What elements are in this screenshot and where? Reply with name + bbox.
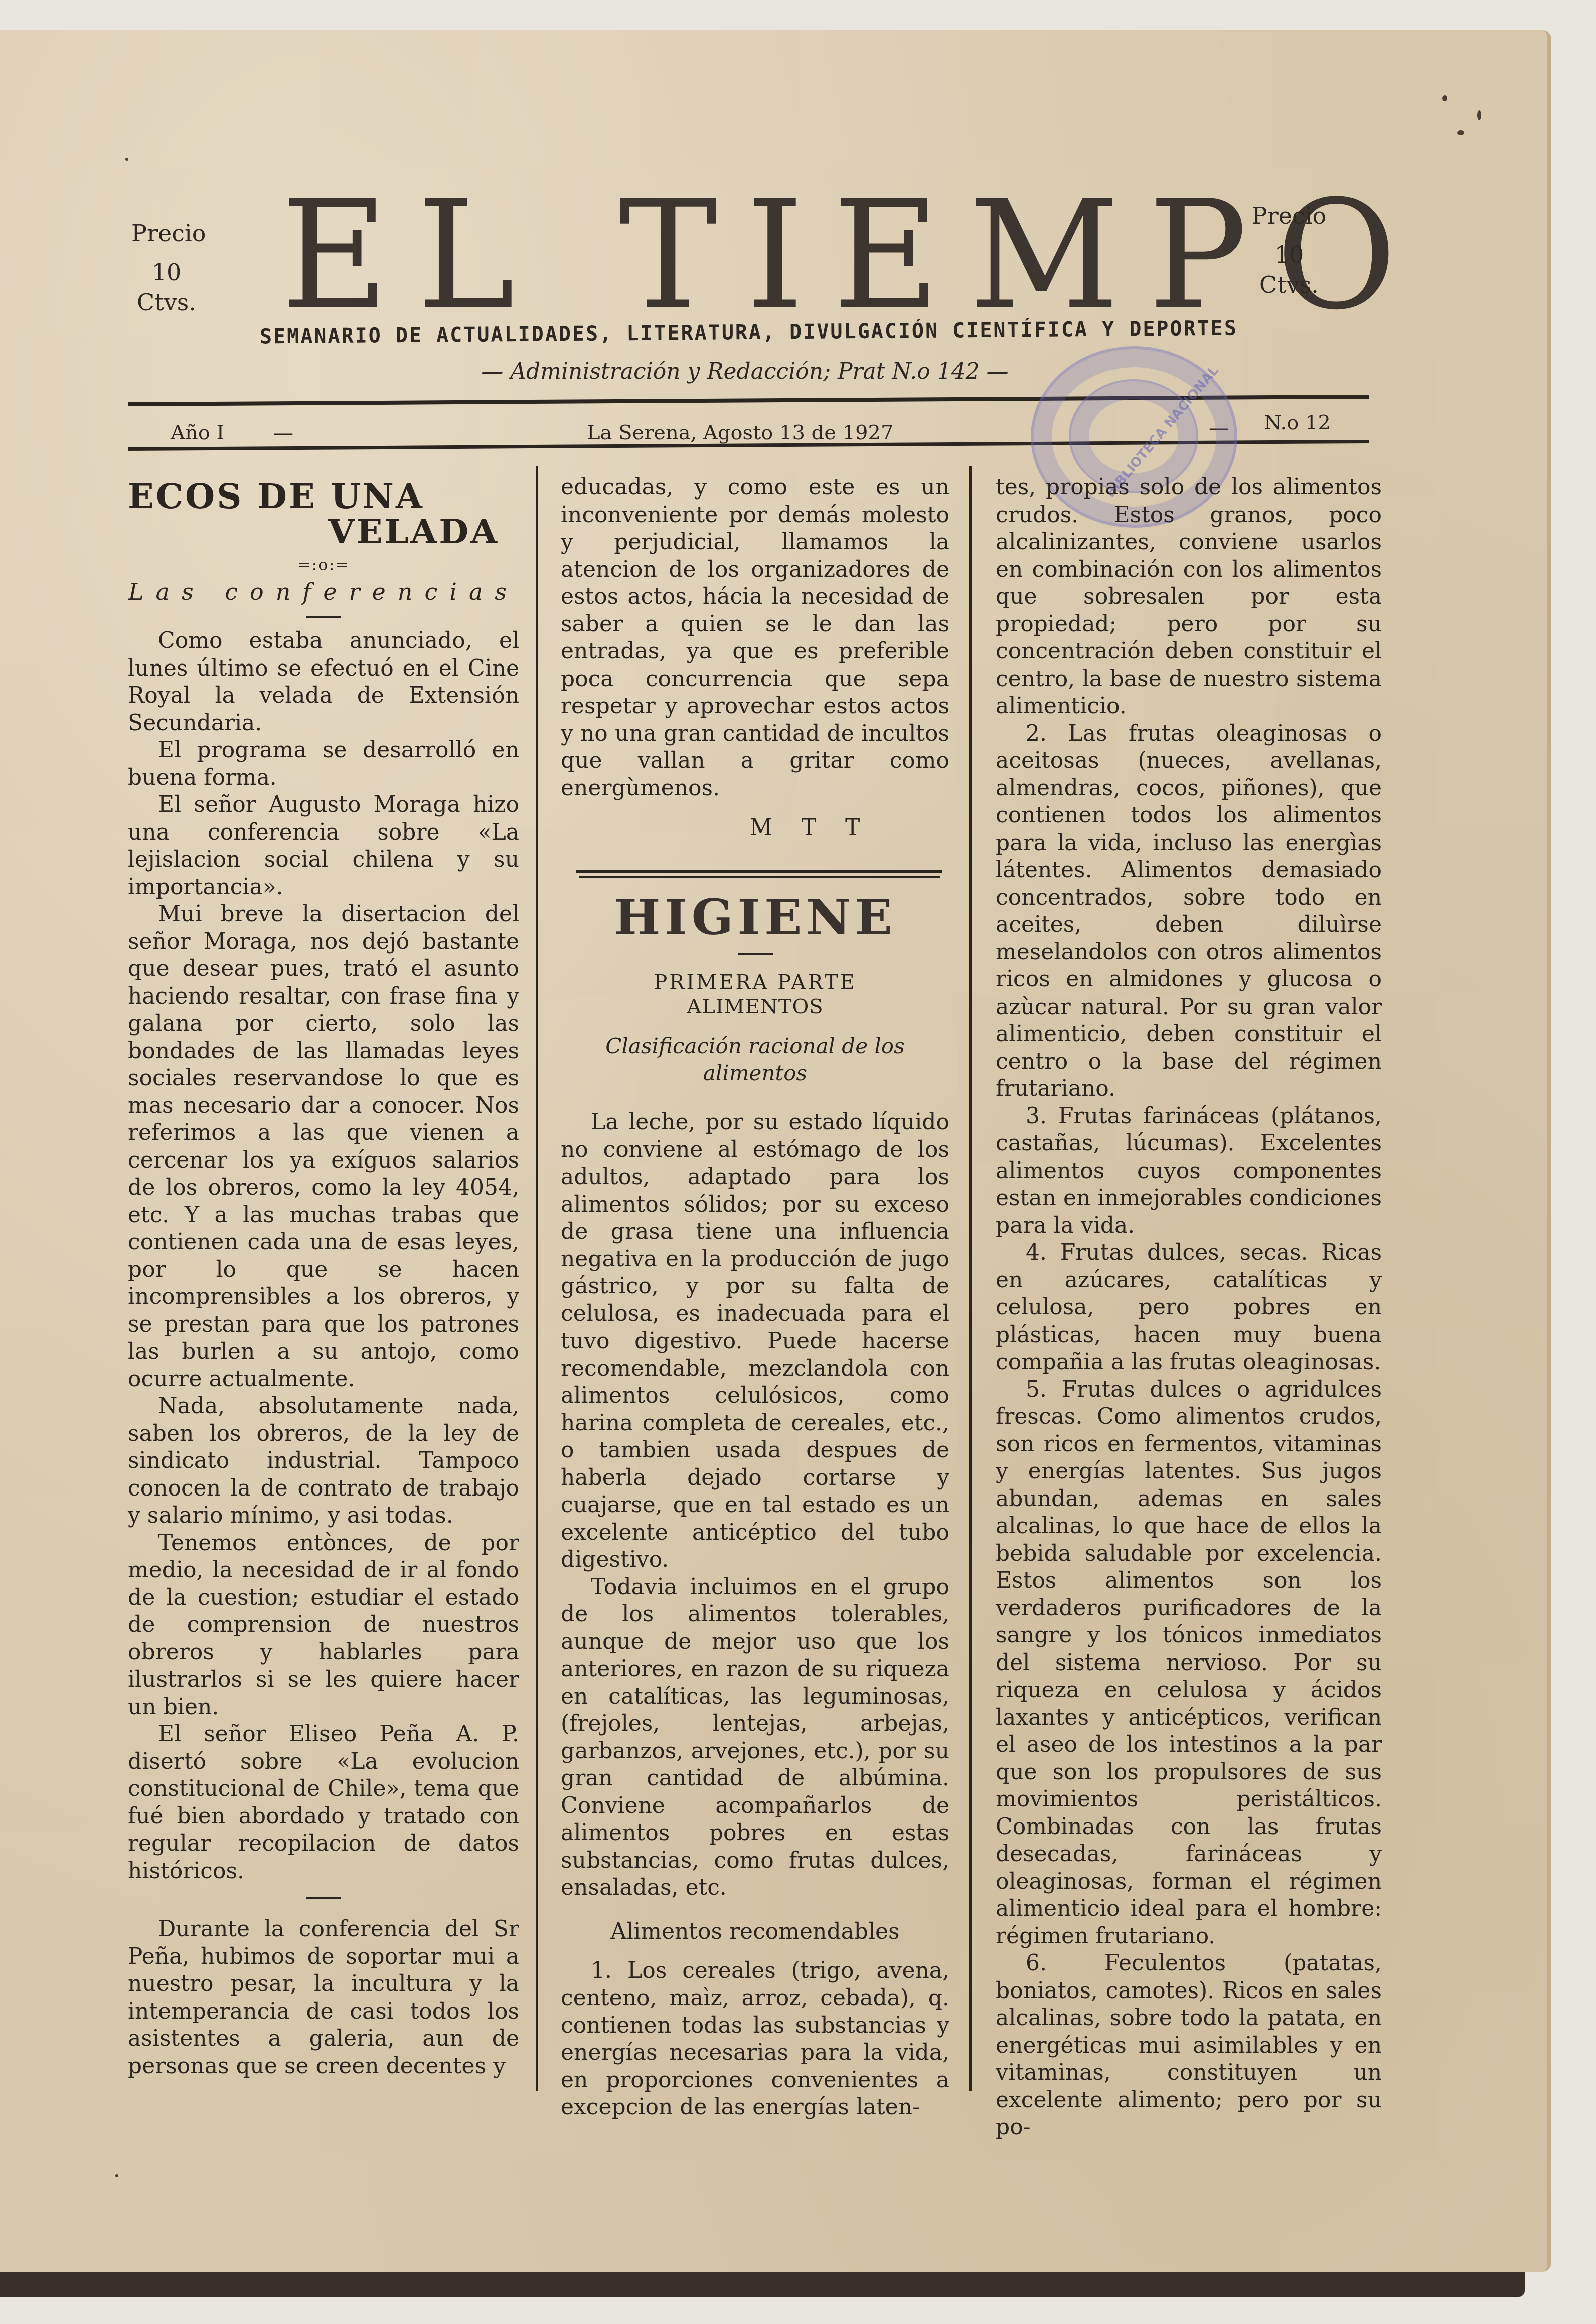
article1-continued: educadas, y como este es un inconvenient…: [561, 474, 949, 802]
article2-title-dash: [738, 953, 773, 955]
ink-speck: [1457, 130, 1464, 135]
year-dash: —: [273, 421, 293, 444]
section-rule-thick: [576, 870, 942, 873]
article1-signature: M T T: [561, 815, 949, 841]
ink-speck: [1442, 95, 1447, 101]
masthead-admin-line: — Administración y Redacción; Prat N.o 1…: [431, 359, 1058, 384]
issue-number: N.o 12: [1264, 411, 1331, 434]
ink-speck: [115, 2174, 118, 2177]
article1-ornament: =:o:=: [128, 555, 519, 574]
article1-paragraph: Como estaba anunciado, el lunes último s…: [128, 627, 519, 737]
price-left-value: 10 Ctvs.: [131, 257, 202, 317]
article2-item: 4. Frutas dulces, secas. Ricas en azúcar…: [996, 1239, 1382, 1376]
column-1: ECOS DE UNA VELADA =:o:= Las conferencia…: [128, 479, 519, 2080]
article1-paragraph: Mui breve la disertacion del señor Morag…: [128, 901, 519, 1393]
article2-item: 6. Feculentos (patatas, boniatos, camote…: [996, 1950, 1382, 2141]
article1-paragraph: Durante la conferencia del Sr Peña, hubi…: [128, 1916, 519, 2080]
article2-item: 3. Frutas farináceas (plátanos, castañas…: [996, 1103, 1382, 1240]
ink-speck: [1477, 110, 1481, 120]
column-divider-2: [969, 466, 972, 2091]
ink-speck: [125, 158, 128, 161]
newspaper-page: Precio 10 Ctvs. EL TIEMPO Precio 10 Ctvs…: [0, 30, 1551, 2272]
article2-paragraph: La leche, por su estado líquido no convi…: [561, 1109, 949, 1574]
article2-item: 2. Las frutas oleaginosas o aceitosas (n…: [996, 720, 1382, 1103]
article2-subtitle: Clasificación racional de los alimentos: [581, 1033, 929, 1087]
price-left: Precio 10 Ctvs.: [131, 218, 202, 317]
article2-item: 5. Frutas dulces o agridulces frescas. C…: [996, 1376, 1382, 1950]
price-right: Precio 10 Ctvs.: [1251, 201, 1327, 300]
article1-paragraph: El programa se desarrolló en buena forma…: [128, 737, 519, 791]
article2-item-1: 1. Los cereales (trigo, avena, centeno, …: [561, 1957, 949, 2121]
article1-paragraph: Nada, absolutamente nada, saben los obre…: [128, 1393, 519, 1530]
price-right-label: Precio: [1251, 201, 1327, 231]
article2-item-1-continued: tes, propias solo de los alimentos crudo…: [996, 474, 1382, 720]
article1-title-line1: ECOS DE UNA: [128, 479, 519, 514]
article2-part: PRIMERA PARTE: [561, 970, 949, 994]
article1-paragraph: El señor Augusto Moraga hizo una confere…: [128, 791, 519, 901]
column-2: educadas, y como este es un inconvenient…: [561, 474, 949, 2121]
section-rule-thin: [579, 876, 940, 878]
article2-section: ALIMENTOS: [561, 994, 949, 1019]
article1-subtitle-dash: [306, 616, 341, 618]
recommended-heading: Alimentos recomendables: [561, 1919, 949, 1944]
year-label: Año I: [171, 421, 224, 444]
price-right-value: 10 Ctvs.: [1251, 240, 1327, 300]
dateline: La Serena, Agosto 13 de 1927: [587, 421, 893, 444]
article1-title-line2: VELADA: [128, 514, 499, 549]
article1-paragraph: Tenemos entònces, de por medio, la neces…: [128, 1530, 519, 1721]
article1-paragraph: El señor Eliseo Peña A. P. disertó sobre…: [128, 1721, 519, 1885]
price-left-label: Precio: [131, 218, 202, 248]
column-divider-1: [536, 466, 538, 2091]
article2-paragraph: Todavia incluimos en el grupo de los ali…: [561, 1574, 949, 1902]
article2-title: HIGIENE: [561, 889, 949, 946]
article1-subtitle: Las conferencias: [128, 578, 519, 605]
article1-divider: [306, 1897, 341, 1899]
column-3: tes, propias solo de los alimentos crudo…: [996, 474, 1382, 2141]
